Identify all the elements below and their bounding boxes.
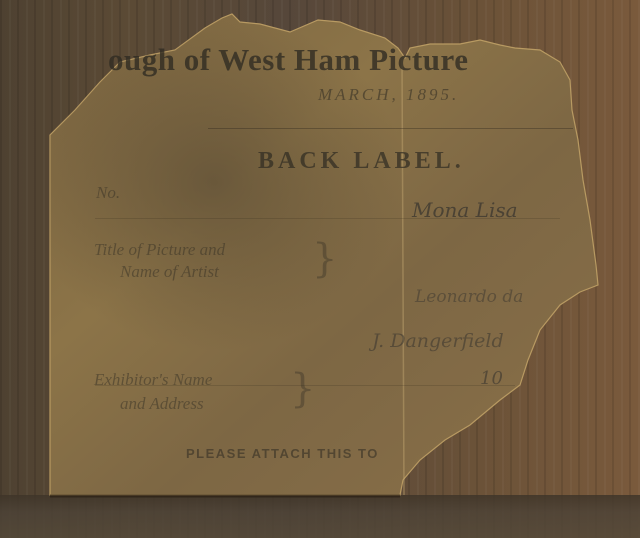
label-title: ough of West Ham Picture	[108, 42, 468, 78]
field-label-title-artist: Title of Picture and	[94, 240, 225, 260]
label-date: MARCH, 1895.	[318, 85, 459, 105]
label-footer: PLEASE ATTACH THIS TO	[186, 446, 379, 461]
header-rule	[208, 128, 573, 129]
field-label-number: No.	[96, 183, 120, 203]
field-label-exhibitor-2: and Address	[120, 394, 204, 414]
brace-icon: }	[290, 366, 315, 412]
brace-icon: }	[312, 236, 337, 282]
handwritten-title: Mona Lisa	[412, 198, 518, 222]
handwritten-name: J. Dangerfield	[372, 330, 504, 352]
handwritten-address: 10	[480, 368, 503, 389]
handwritten-artist: Leonardo da	[415, 287, 523, 307]
label-heading: BACK LABEL.	[258, 148, 465, 175]
field-label-exhibitor: Exhibitor's Name	[94, 370, 212, 390]
field-label-title-artist-2: Name of Artist	[120, 262, 219, 282]
